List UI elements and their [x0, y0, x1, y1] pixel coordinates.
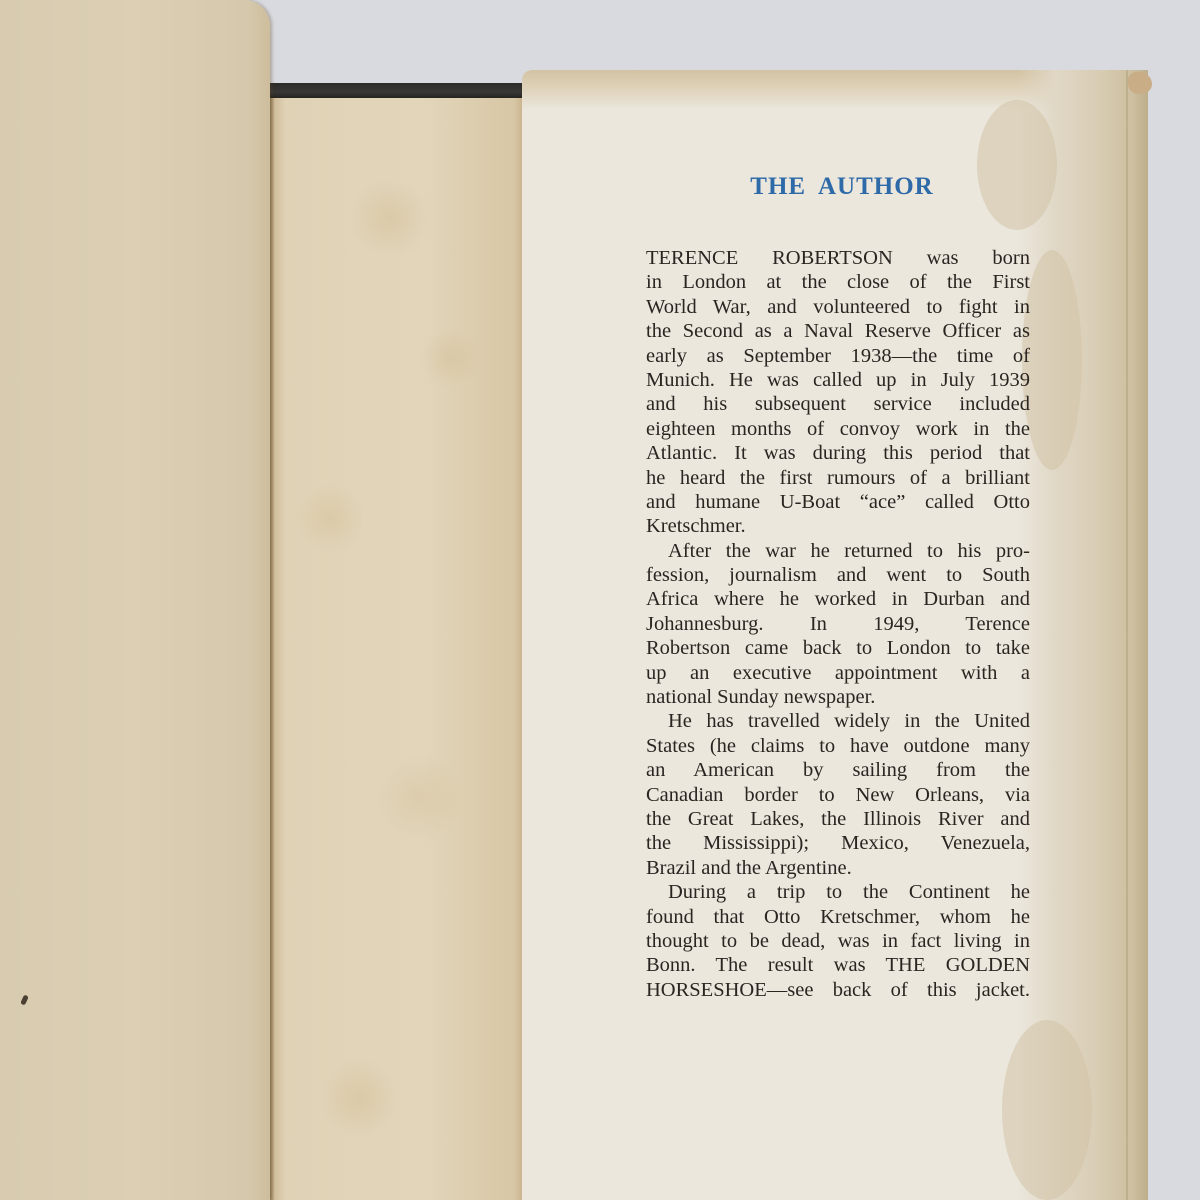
water-stain-blob [977, 100, 1057, 230]
ink-mark [20, 994, 29, 1005]
bio-line: After the war he returned to his pro- [646, 539, 1030, 563]
bio-line: He has travelled widely in the United [646, 709, 1030, 733]
bio-line: the Great Lakes, the Illinois River and [646, 807, 1030, 831]
bio-line: thought to be dead, was in fact living i… [646, 929, 1030, 953]
bio-line: national Sunday newspaper. [646, 685, 1030, 709]
bio-line: eighteen months of convoy work in the [646, 417, 1030, 441]
bio-line: Robertson came back to London to take [646, 636, 1030, 660]
left-page [0, 0, 270, 1200]
bio-line: in London at the close of the First [646, 270, 1030, 294]
bio-line: TERENCE ROBERTSON was born [646, 246, 1030, 270]
bio-line: HORSESHOE—see back of this jacket. [646, 978, 1030, 1002]
bio-line: an American by sailing from the [646, 758, 1030, 782]
bio-line: the Second as a Naval Reserve Officer as [646, 319, 1030, 343]
bio-line: fession, journalism and went to South [646, 563, 1030, 587]
bio-line: Johannesburg. In 1949, Terence [646, 612, 1030, 636]
bio-line: Atlantic. It was during this period that [646, 441, 1030, 465]
flap-title: THE AUTHOR [522, 173, 1162, 201]
cover-board-edge [268, 83, 526, 98]
bio-line: Kretschmer. [646, 514, 1030, 538]
gutter [270, 98, 274, 1200]
bio-line: and humane U-Boat “ace” called Otto [646, 490, 1030, 514]
bio-line: Munich. He was called up in July 1939 [646, 368, 1030, 392]
water-stain-blob [1002, 1020, 1092, 1200]
bio-line: Africa where he worked in Durban and [646, 587, 1030, 611]
bio-line: Brazil and the Argentine. [646, 856, 1030, 880]
water-stain-blob [1022, 250, 1082, 470]
bio-line: he heard the first rumours of a brillian… [646, 466, 1030, 490]
flap-fold-line [1126, 70, 1128, 1200]
bio-line: Canadian border to New Orleans, via [646, 783, 1030, 807]
bio-line: found that Otto Kretschmer, whom he [646, 905, 1030, 929]
endpaper [270, 98, 524, 1200]
bio-line: World War, and volunteered to fight in [646, 295, 1030, 319]
bio-line: During a trip to the Continent he [646, 880, 1030, 904]
bio-line: early as September 1938—the time of [646, 344, 1030, 368]
bio-line: the Mississippi); Mexico, Venezuela, [646, 831, 1030, 855]
bio-line: Bonn. The result was THE GOLDEN [646, 953, 1030, 977]
bio-line: and his subsequent service included [646, 392, 1030, 416]
author-bio: TERENCE ROBERTSON was born in London at … [646, 246, 1030, 1002]
bio-line: States (he claims to have outdone many [646, 734, 1030, 758]
bio-line: up an executive appointment with a [646, 661, 1030, 685]
torn-corner [1128, 72, 1152, 94]
